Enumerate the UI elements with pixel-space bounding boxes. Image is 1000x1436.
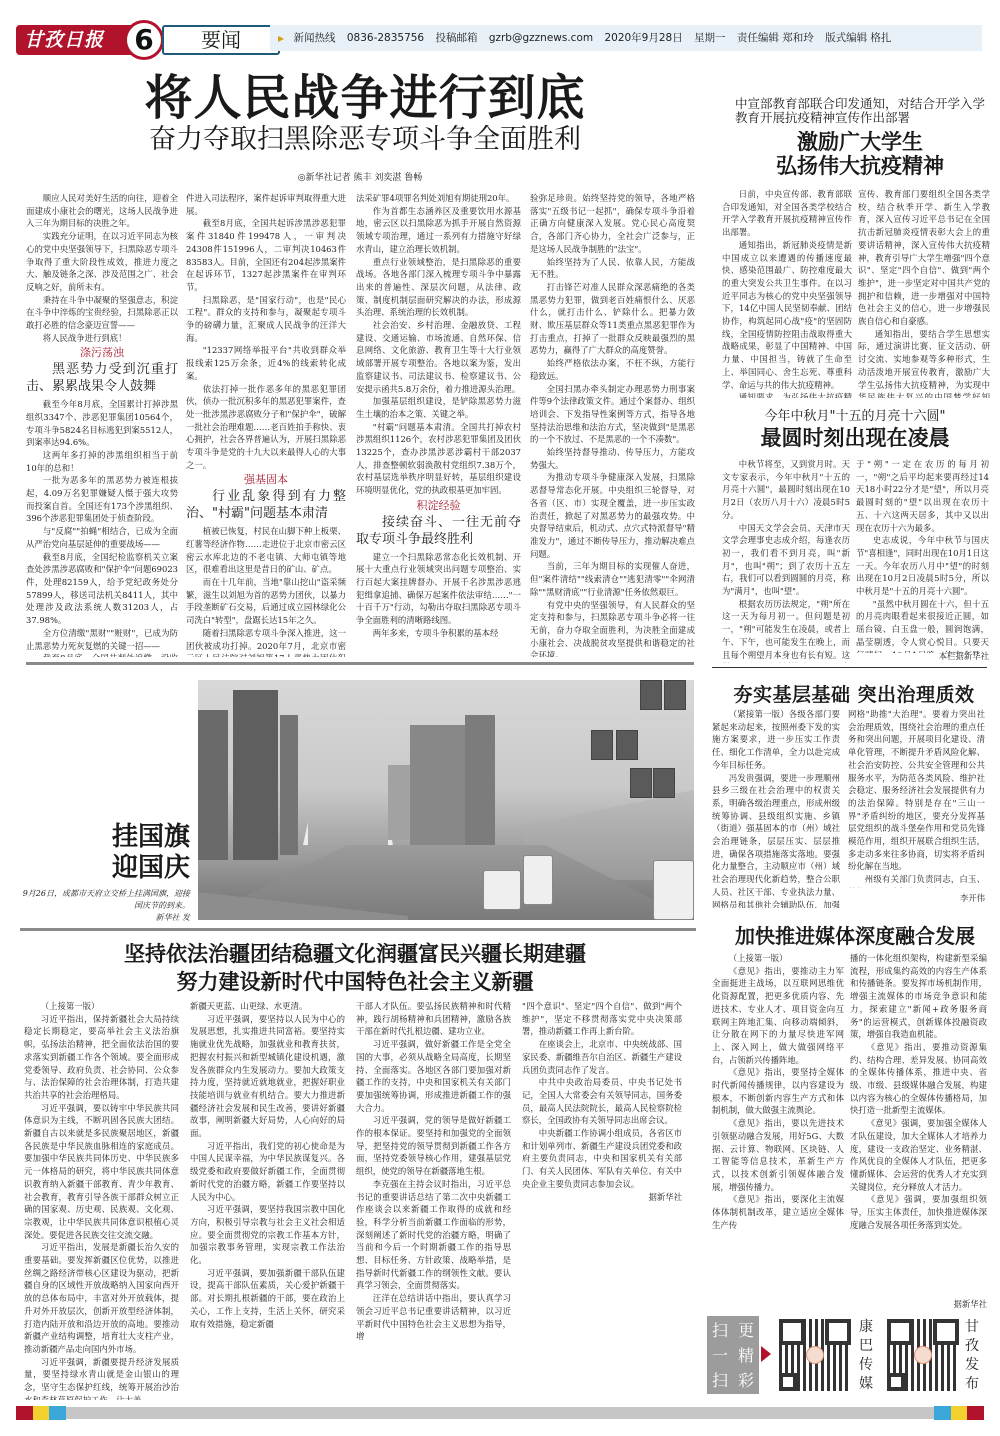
body-paragraph: 习近平强调，新疆要提升经济发展质量，要坚持绿水青山就是金山银山的理念，坚守生态保… [24, 1356, 179, 1400]
bridge-tower [303, 680, 393, 845]
label-char: 孜 [965, 1337, 981, 1356]
body-paragraph: 随着扫黑除恶专项斗争深入推进，这一团伙被成功打掉。2020年7月，北京市密云区人… [186, 627, 346, 657]
body-paragraph: 《意见》指出，要推动资源集约、结构合理、差异发展、协同高效的全媒体传播体系，推进… [850, 1041, 987, 1117]
body-paragraph: 法采矿罪4项罪名判处刘旭有期徒刑20年。 [356, 192, 521, 205]
governance-column-right: 网格"助推"大治理"。要着力突出社会治理质效，围绕社会治理的重点任务和突出问题，… [848, 708, 985, 888]
body-paragraph: 始终坚持督导推动、传导压力，方能攻势强大。 [530, 446, 695, 471]
section-heading-1: 黑恶势力受到沉重打击、累累战果令人鼓舞 [26, 361, 178, 395]
body-paragraph: 有党中央的坚强领导，有人民群众的坚定支持和参与，扫黑除恶专项斗争必将一往无前，奋… [530, 599, 695, 658]
building-shape [410, 725, 465, 850]
lead-column-1: 顺应人民对美好生活的向往，迎着全面建成小康社会的曙光，这场人民战争进入三年为期目… [26, 192, 178, 657]
lead-subheadline: 奋力夺取扫黑除恶专项斗争全面胜利 [100, 123, 630, 157]
body-paragraph: 播的一体化组织架构，构建新型采编流程，形成集约高效的内容生产体系和传播链条。要发… [850, 952, 987, 1041]
body-paragraph: 为推动专项斗争健康深入发展，扫黑除恶督导常态化开展。中央组织三轮督导，对各省（区… [530, 471, 695, 560]
media-credit: 据新华社 [850, 1298, 987, 1312]
qr-code-kangba-media[interactable] [779, 1319, 851, 1391]
section-label-3: 积淀经验 [356, 500, 521, 513]
body-paragraph: 两年多来，专项斗争积累的基本经 [356, 627, 521, 640]
body-paragraph: 李克强在主持会议时指出，习近平总书记的重要讲话总结了第二次中央新疆工作座谈会以来… [356, 1178, 511, 1292]
hotline-label: 新闻热线 [294, 32, 336, 44]
car-shape [653, 860, 694, 920]
student-article-title: 激励广大学生 弘扬伟大抗疫精神 [720, 130, 1000, 178]
layout-editor-credit: 版式编辑 格扎 [825, 32, 891, 44]
lead-intro-p4: 将人民战争进行到底！ [26, 332, 178, 345]
body-paragraph: "四个意识"、坚定"四个自信"、做到"两个维护"，坚定不移贯彻落实党中央决策部署… [522, 1000, 682, 1038]
footer-bar [16, 1407, 984, 1419]
scan-char: 扫 [712, 1318, 728, 1343]
masthead: 甘孜日报 6 要闻 [16, 22, 266, 60]
section-divider [26, 662, 694, 665]
xinjiang-column-3: 干部人才队伍。要弘扬民族精神和时代精神，践行胡杨精神和兵团精神，激励各族干部在新… [356, 1000, 511, 1400]
photo-caption: 9月26日，成都市天府立交桥上挂满国旗，迎接国庆节的到来。 新华社 发 [20, 888, 200, 924]
qr-label-kangba-media: 康 巴 传 媒 [859, 1318, 875, 1394]
body-paragraph: 新疆天更蓝、山更绿、水更清。 [190, 1000, 345, 1013]
flag-bridge-photo [198, 680, 694, 920]
label-char: 媒 [859, 1375, 875, 1394]
body-paragraph: 习近平强调，要坚持以人民为中心的发展思想，扎实推进共同富裕。要坚持实施就业优先战… [190, 1013, 345, 1140]
moon-credit: 本栏据新华社 [856, 650, 989, 664]
body-paragraph: 《意见》强调，要加强组织领导，压实主体责任，加快推进媒体深度融合发展各项任务落到… [850, 1193, 987, 1231]
body-paragraph: 汪洋在总结讲话中指出，要认真学习领会习近平总书记重要讲话精神，以习近平新时代中国… [356, 1292, 511, 1343]
lead-intro-p1: 顺应人民对美好生活的向往，迎着全面建成小康社会的曙光，这场人民战争进入三年为期目… [26, 192, 178, 230]
student-title-line-2: 弘扬伟大抗疫精神 [720, 154, 1000, 178]
flag-icon [591, 730, 613, 760]
body-paragraph: （上接第一版） [24, 1000, 179, 1013]
info-bar: ▶ 新闻热线 0836-2835756 投稿邮箱 gzrb@gzznews.co… [270, 25, 982, 51]
governance-credit: 李开伟 [848, 892, 985, 906]
xinjiang-title-line-2: 努力建设新时代中国特色社会主义新疆 [0, 968, 710, 996]
body-paragraph: 验弥足珍贵。始终坚持党的领导，各地严格落实"五级书记一起抓"，确保专项斗争沿着正… [530, 192, 695, 256]
body-paragraph: 《意见》指出，要坚持全媒体时代新闻传播规律，以内容建设为根本，不断创新内容生产方… [712, 1066, 844, 1117]
lead-column-3: 法采矿罪4项罪名判处刘旭有期徒刑20年。 作为首都生态涵养区及重要饮用水源基地，… [356, 192, 521, 657]
flag-icon [664, 680, 686, 710]
caption-title-line-1: 挂国旗 [40, 822, 190, 853]
car-shape [483, 870, 521, 910]
body-paragraph: 社会治安、乡村治理、金融放贷、工程建设、交通运输、市场流通、自然环保、信息网络、… [356, 319, 521, 395]
flag-icon [640, 680, 662, 710]
triangle-pointer-icon [761, 1346, 771, 1362]
caption-title-line-2: 迎国庆 [40, 853, 190, 884]
body-paragraph: 通知指出，新冠肺炎疫情是新中国成立以来遭遇的传播速度最快、感染范围最广、防控难度… [722, 239, 852, 391]
section-divider [20, 928, 696, 931]
body-paragraph: "虽然中秋月圆在十六，但十五的月亮肉眼看起来很接近正圆，如瑶台镜、白玉盘一般，圆… [856, 598, 989, 653]
body-paragraph: 与"反腐""拍蝇"相结合，已成为全面从严治党向基层延伸的重要战场—— [26, 525, 178, 550]
body-paragraph: 史志成说，今年中秋节与国庆节"喜相逢"，同时出现在10月1日这一天。今年农历八月… [856, 534, 989, 598]
flag-icon [653, 768, 675, 798]
scan-char: 扫 [712, 1368, 728, 1393]
xinjiang-column-4: "四个意识"、坚定"四个自信"、做到"两个维护"，坚定不移贯彻落实党中央决策部署… [522, 1000, 682, 1390]
body-paragraph: 植被已恢复，村民在山脚下种上板栗、红薯等经济作物……走进位于北京市密云区密云水库… [186, 525, 346, 576]
xinjiang-article-title: 坚持依法治疆团结稳疆文化润疆富民兴疆长期建疆 努力建设新时代中国特色社会主义新疆 [0, 940, 710, 996]
body-paragraph: 而在十几年前，当地"靠山挖山"盗采频繁，滋生以刘旭为首的恶势力团伙，以暴力手段垄… [186, 576, 346, 627]
body-paragraph: 一批为恶多年的黑恶势力被连根拔起，4.09万名犯罪嫌疑人慑于强大攻势而投案自首。… [26, 474, 178, 525]
moon-divider [712, 667, 987, 668]
xinjiang-column-1: （上接第一版） 习近平指出，保持新疆社会大局持续稳定长期稳定，要高举社会主义法治… [24, 1000, 179, 1400]
moon-column-right: 于"朔"一定在农历的每月初一，"朔"之后平均起来要再经过14天18小时22分才是… [856, 458, 989, 653]
body-paragraph: "村霸"问题基本肃清。全国共打掉农村涉黑组织1126个，农村涉恶犯罪集团及团伙1… [356, 421, 521, 497]
body-paragraph: 中共中央政治局委员、中央书记处书记，全国人大常委会有关领导同志，国务委员，最高人… [522, 1076, 682, 1127]
lead-column-4: 验弥足珍贵。始终坚持党的领导，各地严格落实"五级书记一起抓"，确保专项斗争沿着正… [530, 192, 695, 657]
label-char: 巴 [859, 1337, 875, 1356]
body-paragraph: 依法打掉一批作恶多年的黑恶犯罪团伙，侦办一批沉积多年的黑恶犯罪案件，查处一批涉黑… [186, 383, 346, 472]
section-heading-2: 行业乱象得到有力整治、"村霸"问题基本肃清 [186, 488, 346, 522]
body-paragraph: 始终严格依法办案，不枉不纵，方能行稳致远。 [530, 357, 695, 382]
body-paragraph: 习近平指出，发展是新疆长治久安的重要基础。要发挥新疆区位优势，以推进丝绸之路经济… [24, 1241, 179, 1355]
body-paragraph: 中秋节将至，又到赏月时。天文专家表示，今年中秋月"十五的月亮十六圆"，最圆时刻出… [722, 458, 850, 522]
photo-caption-title: 挂国旗 迎国庆 [40, 822, 200, 884]
qr-label-ganzi-release: 甘 孜 发 布 [965, 1318, 981, 1394]
body-paragraph: 这两年多打掉的涉黑组织相当于前10年的总和！ [26, 449, 178, 474]
body-paragraph: 习近平指出，我们党的初心使命是为中国人民谋幸福，为中华民族谋复兴。各级党委和政府… [190, 1140, 345, 1204]
email-address: gzrb@gzznews.com [489, 32, 593, 44]
qr-code-block: 扫 一 扫 更 精 彩 康 巴 传 媒 甘 孜 发 布 [707, 1316, 997, 1396]
body-paragraph: "12337网络举报平台"共收到群众举报线索125万余条，近4%的线索转化成案。 [186, 344, 346, 382]
building-shape [388, 765, 410, 840]
body-paragraph: （上接第一版） [712, 952, 844, 965]
governance-column-left: （紧接第一版）各级各部门要紧起来动起来，按照州委下发的实施方案要求，进一步压实工… [712, 708, 840, 908]
label-char: 布 [965, 1375, 981, 1394]
label-char: 传 [859, 1356, 875, 1375]
label-char: 康 [859, 1318, 875, 1337]
issue-weekday: 星期一 [694, 32, 726, 44]
section-label-1: 涤污荡浊 [26, 347, 178, 360]
issue-date: 2020年9月28日 [604, 32, 682, 44]
body-paragraph: 习近平强调，党的领导是做好新疆工作的根本保证。要坚持和加强党的全面领导，把坚持党… [356, 1114, 511, 1178]
body-paragraph: 重点行业领域整治，是扫黑除恶的重要战场。各地各部门深入梳理专项斗争中暴露出来的普… [356, 256, 521, 320]
body-paragraph: 加强基层组织建设，是铲除黑恶势力滋生土壤的治本之策、关键之举。 [356, 395, 521, 420]
page-number-badge: 6 [124, 20, 164, 60]
body-paragraph: 当前，三年为期目标的实现催人奋进，但"案件清结""线索清仓""逃犯清零""伞网清… [530, 560, 695, 598]
moon-article-title: 最圆时刻出现在凌晨 [710, 422, 1000, 452]
body-paragraph: 根据农历历法规定，"朔"所在这一天为每月初一。但问题是初一，"朔"可能发生在凌晨… [722, 598, 850, 663]
email-label: 投稿邮箱 [435, 32, 477, 44]
body-paragraph: 干部人才队伍。要弘扬民族精神和时代精神，践行胡杨精神和兵团精神，激励各族干部在新… [356, 1000, 511, 1038]
body-paragraph: 于"朔"一定在农历的每月初一，"朔"之后平均起来要再经过14天18小时22分才是… [856, 458, 989, 534]
body-paragraph: 冯发贵强调，要进一步理顺州县乡三级在社会治理中的权责关系，明确各级治理重点，形成… [712, 772, 840, 908]
body-paragraph: 习近平强调，要以铸牢中华民族共同体意识为主线，不断巩固各民族大团结。新疆自古以来… [24, 1102, 179, 1242]
body-paragraph: 截至今年8月底，全国累计打掉涉黑组织3347个、涉恶犯罪集团10564个，专项斗… [26, 398, 178, 449]
moon-column-left: 中秋节将至，又到赏月时。天文专家表示，今年中秋月"十五的月亮十六圆"，最圆时刻出… [722, 458, 850, 663]
body-paragraph: 建立一个扫黑除恶常态化长效机制、开展十大重点行业领域突出问题专项整治、实行百起大… [356, 551, 521, 627]
media-column-right: 播的一体化组织架构，构建新型采编流程，形成集约高效的内容生产体系和传播链条。要发… [850, 952, 987, 1297]
scan-char: 更 [738, 1318, 754, 1343]
student-column-right: 宣传、教育部门要组织全国各类学校，结合秋季开学、新生入学教育，深入宣传习近平总书… [858, 188, 990, 398]
student-article-pretitle: 中宣部教育部联合印发通知，对结合开学入学教育开展抗疫精神宣传作出部署 [735, 97, 995, 125]
body-paragraph: 全方位清缴"黑财""赃财"，已成为防止黑恶势力死灰复燃的关键一招—— [26, 627, 178, 652]
body-paragraph: 全国扫黑办牵头制定办理恶势力刑事案件等9个法律政策文件。通过个案督办、组织培训会… [530, 383, 695, 447]
lead-headline: 将人民战争进行到底 [100, 70, 630, 126]
label-char: 甘 [965, 1318, 981, 1337]
body-paragraph: 《意见》强调，要加强全媒体人才队伍建设，加大全媒体人才培养力度，建设一支政治坚定… [850, 1117, 987, 1193]
caption-text: 9月26日，成都市天府立交桥上挂满国旗，迎接国庆节的到来。 [20, 888, 190, 912]
section-label: 要闻 [162, 25, 280, 55]
body-paragraph: 中国天文学会会员、天津市天文学会理事史志成介绍，每逢农历初一，我们看不到月亮，叫… [722, 522, 850, 598]
building-shape [280, 715, 298, 855]
body-paragraph: 《意见》指出，要以先进技术引领驱动融合发展，用好5G、大数据、云计算、物联网、区… [712, 1117, 844, 1193]
lead-intro-p3: 秉持在斗争中凝聚的坚强意志，积淀在斗争中淬炼的宝贵经验，扫黑除恶正以敢打必胜的信… [26, 294, 178, 332]
body-paragraph: 在座谈会上，北京市、中央统战部、国家民委、新疆维吾尔自治区、新疆生产建设兵团负责… [522, 1038, 682, 1076]
newspaper-logo: 甘孜日报 [16, 25, 136, 55]
photo-credit: 新华社 发 [20, 912, 190, 924]
arrow-right-icon: ▶ [278, 34, 284, 43]
body-paragraph: 习近平强调，要加强新疆干部队伍建设，提高干部队伍素质，关心爱护新疆干部。对长期扎… [190, 1267, 345, 1331]
building-shape [233, 690, 278, 860]
qr-code-ganzi-release[interactable] [887, 1319, 959, 1391]
governance-article-title: 夯实基层基础 突出治理质效 [708, 680, 1000, 707]
body-paragraph: 《意见》指出，要推动主力军全面挺进主战场，以互联网思维优化资源配置，把更多优质内… [712, 965, 844, 1067]
body-paragraph: 扫黑除恶，是"国家行动"，也是"民心工程"。群众的支持和参与，凝聚起专项斗争的磅… [186, 294, 346, 345]
body-paragraph: 打击锋芒对准人民群众深恶痛绝的各类黑恶势力犯罪，做到老百姓痛恨什么、厌恶什么，就… [530, 281, 695, 357]
body-paragraph: 作为首都生态涵养区及重要饮用水源基地，密云区以扫黑除恶为抓手开展自然资源领域专项… [356, 205, 521, 256]
body-paragraph: 通知指出，要结合学生思想实际，通过演讲比赛、征文活动、研讨交流、实地参观等多种形… [858, 328, 990, 398]
xinjiang-title-line-1: 坚持依法治疆团结稳疆文化润疆富民兴疆长期建疆 [0, 940, 710, 968]
building-shape [465, 715, 495, 845]
body-paragraph: 习近平强调，要坚持我国宗教中国化方向，积极引导宗教与社会主义社会相适应。要全面贯… [190, 1203, 345, 1267]
body-paragraph: 截至8月底，全国共起诉涉黑涉恶犯罪案件31840件199478人，一审判决243… [186, 217, 346, 293]
body-paragraph: 日前，中央宣传部、教育部联合印发通知，对全国各类学校结合开学入学教育开展抗疫精神… [722, 188, 852, 239]
scan-char: 精 [738, 1343, 754, 1368]
footer-decoration-right [934, 1406, 984, 1420]
section-label-2: 强基固本 [186, 474, 346, 487]
body-paragraph: 截至8月底，全国纪检监察机关立案查处涉黑涉恶腐败和"保护伞"问题69023件，处… [26, 551, 178, 627]
building-shape [198, 710, 228, 860]
body-paragraph: 《意见》指出，要深化主流媒体体制机制改革，建立适应全媒体生产传 [712, 1193, 844, 1231]
body-paragraph: 州级有关部门负责同志，白玉、德格两县党政负责同志参加调研。 [848, 873, 985, 888]
xinjiang-credit: 据新华社 [522, 1191, 682, 1204]
body-paragraph: 件进入司法程序，案件起诉审判取得重大进展。 [186, 192, 346, 217]
lead-column-2: 件进入司法程序，案件起诉审判取得重大进展。 截至8月底，全国共起诉涉黑涉恶犯罪案… [186, 192, 346, 657]
body-paragraph: 习近平强调，做好新疆工作是全党全国的大事，必须从战略全局高度，长期坚持、全面落实… [356, 1038, 511, 1114]
body-paragraph: 习近平指出，保持新疆社会大局持续稳定长期稳定，要高举社会主义法治旗帜，弘扬法治精… [24, 1013, 179, 1102]
body-paragraph: 中央新疆工作协调小组成员，各省区市和计划单列市、新疆生产建设兵团党委和政府主要负… [522, 1127, 682, 1191]
editor-credit: 责任编辑 郑和玲 [737, 32, 814, 44]
footer-decoration-left [16, 1406, 66, 1420]
media-article-title: 加快推进媒体深度融合发展 [710, 920, 1000, 949]
body-paragraph: 宣传、教育部门要组织全国各类学校，结合秋季开学、新生入学教育，深入宣传习近平总书… [858, 188, 990, 328]
body-paragraph: 通知要求，为弘扬伟大抗疫精神，深入开展爱国主义教育，各地 [722, 391, 852, 398]
flag-icon [616, 730, 638, 760]
lead-intro-p2: 实践充分证明，在以习近平同志为核心的党中央坚强领导下，扫黑除恶专项斗争取得了重大… [26, 230, 178, 294]
hotline-number: 0836-2835756 [347, 32, 424, 44]
van-shape [523, 855, 553, 905]
xinjiang-column-2: 新疆天更蓝、山更绿、水更清。 习近平强调，要坚持以人民为中心的发展思想，扎实推进… [190, 1000, 345, 1400]
student-title-line-1: 激励广大学生 [720, 130, 1000, 154]
media-column-left: （上接第一版） 《意见》指出，要推动主力军全面挺进主战场，以互联网思维优化资源配… [712, 952, 844, 1308]
scan-char: 一 [712, 1343, 728, 1368]
body-paragraph: 截至8月底，全国共判处追缴、没收违法所得和财产刑436亿元，极大摧毁了黑恶势力经… [26, 652, 178, 657]
label-char: 发 [965, 1356, 981, 1375]
student-column-left: 日前，中央宣传部、教育部联合印发通知，对全国各类学校结合开学入学教育开展抗疫精神… [722, 188, 852, 398]
scan-char: 彩 [738, 1368, 754, 1393]
body-paragraph: 始终坚持为了人民、依靠人民，方能战无不胜。 [530, 256, 695, 281]
flag-icon [630, 768, 652, 798]
body-paragraph: 网格"助推"大治理"。要着力突出社会治理质效，围绕社会治理的重点任务和突出问题，… [848, 708, 985, 873]
body-paragraph: （紧接第一版）各级各部门要紧起来动起来，按照州委下发的实施方案要求，进一步压实工… [712, 708, 840, 772]
scan-for-more-box: 扫 一 扫 更 精 彩 [707, 1316, 759, 1394]
section-heading-3: 接续奋斗、一往无前夺取专项斗争最终胜利 [356, 514, 521, 548]
lead-byline: ◎新华社记者 熊丰 刘奕湛 鲁畅 [220, 170, 500, 183]
